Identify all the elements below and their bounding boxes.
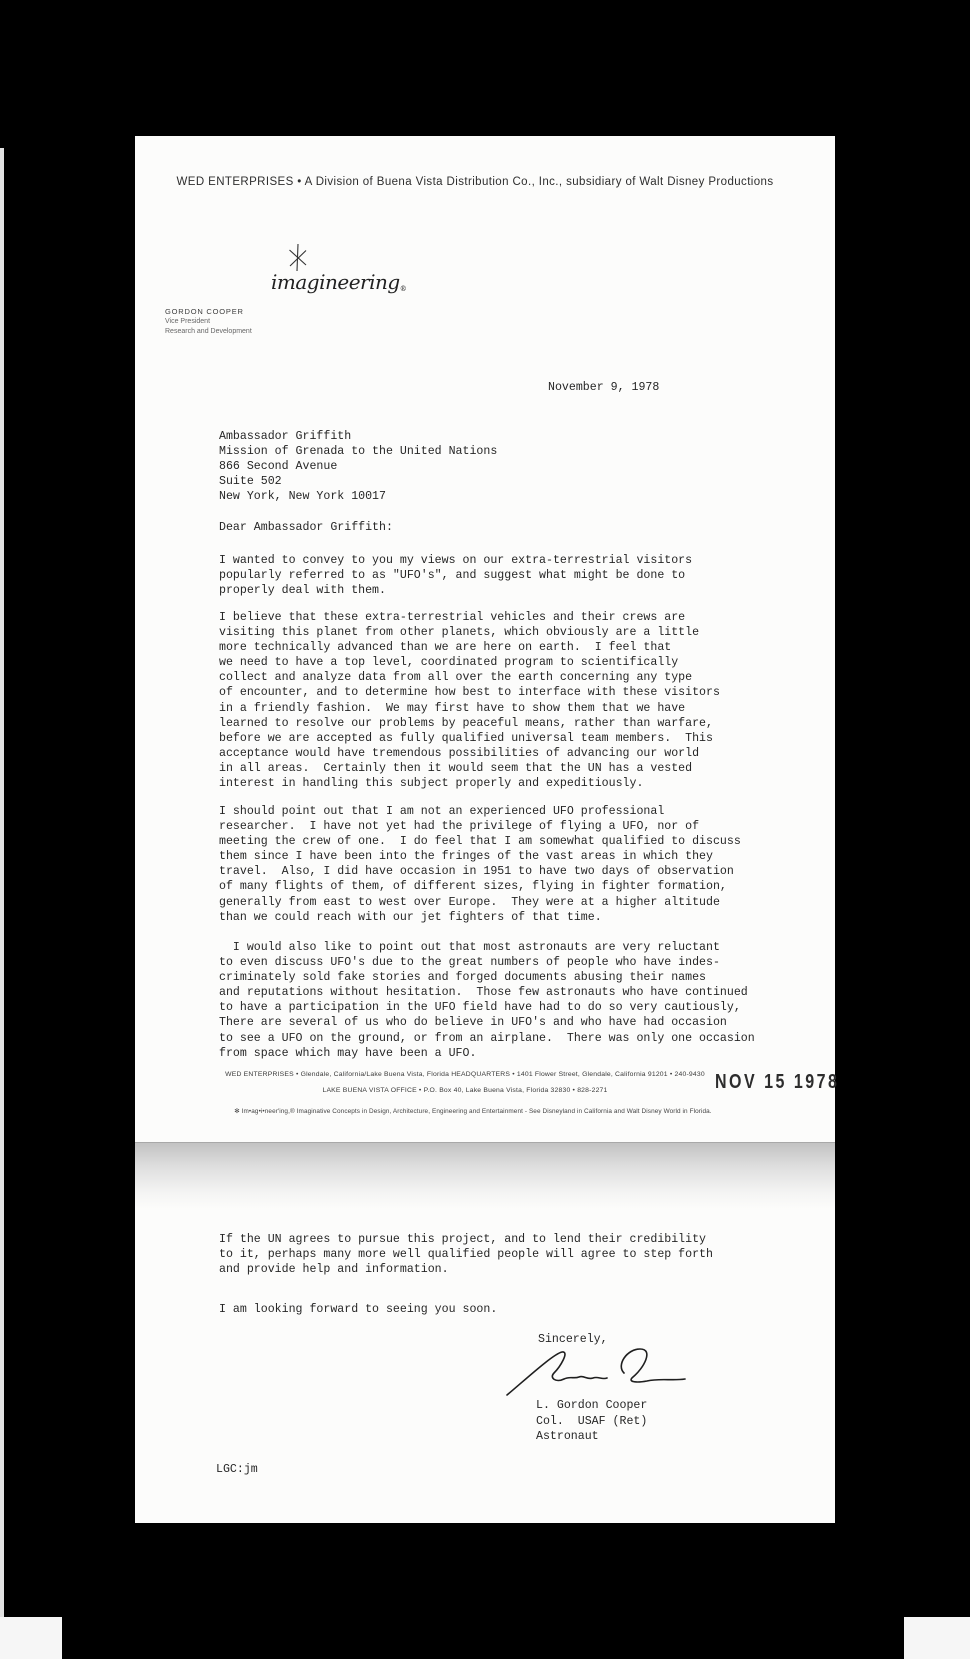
scan-edge-sliver: [0, 148, 4, 1659]
letter-date: November 9, 1978: [548, 380, 659, 395]
officer-department: Research and Development: [165, 327, 252, 337]
signature-block: L. Gordon Cooper Col. USAF (Ret) Astrona…: [536, 1398, 647, 1445]
salutation: Dear Ambassador Griffith:: [219, 520, 393, 535]
letterhead-footer-line-2: LAKE BUENA VISTA OFFICE • P.O. Box 40, L…: [135, 1087, 795, 1094]
body-paragraph-6: I am looking forward to seeing you soon.: [219, 1302, 497, 1317]
imagineering-logo-text: imagineering: [271, 270, 400, 294]
body-paragraph-4: I would also like to point out that most…: [219, 940, 755, 1061]
signer-rank: Col. USAF (Ret): [536, 1414, 647, 1430]
letterhead-line: WED ENTERPRISES • A Division of Buena Vi…: [135, 176, 849, 188]
body-paragraph-1: I wanted to convey to you my views on ou…: [219, 553, 692, 598]
registered-mark: ®: [400, 285, 407, 293]
signer-name: L. Gordon Cooper: [536, 1398, 647, 1414]
signer-role: Astronaut: [536, 1429, 647, 1445]
scanned-letter-photo: WED ENTERPRISES • A Division of Buena Vi…: [0, 0, 970, 1659]
letterhead-footer-line-1: WED ENTERPRISES • Glendale, California/L…: [135, 1071, 795, 1078]
imagineering-footnote: ✻ Im•ag•i•neer′ing,® Imaginative Concept…: [135, 1107, 811, 1115]
letter-page: WED ENTERPRISES • A Division of Buena Vi…: [135, 136, 835, 1523]
officer-title: Vice President: [165, 317, 252, 327]
recipient-address: Ambassador GriffithMission of Grenada to…: [219, 429, 497, 504]
body-paragraph-2: I believe that these extra-terrestrial v…: [219, 610, 720, 791]
typist-reference: LGC:jm: [216, 1462, 258, 1477]
officer-name: GORDON COOPER: [165, 307, 252, 317]
scan-corner-bottom-right: [904, 1617, 970, 1659]
imagineering-sparkle-icon: [287, 244, 309, 272]
scan-corner-bottom-left: [0, 1617, 62, 1659]
body-paragraph-5: If the UN agrees to pursue this project,…: [219, 1232, 713, 1277]
body-paragraph-3: I should point out that I am not an expe…: [219, 804, 741, 925]
signature-scrawl: [503, 1342, 689, 1398]
page-overlap-shadow: [135, 1142, 835, 1209]
officer-block: GORDON COOPER Vice President Research an…: [165, 307, 252, 337]
imagineering-logo: imagineering®: [271, 270, 406, 294]
received-date-stamp: NOV 15 1978: [715, 1072, 839, 1095]
